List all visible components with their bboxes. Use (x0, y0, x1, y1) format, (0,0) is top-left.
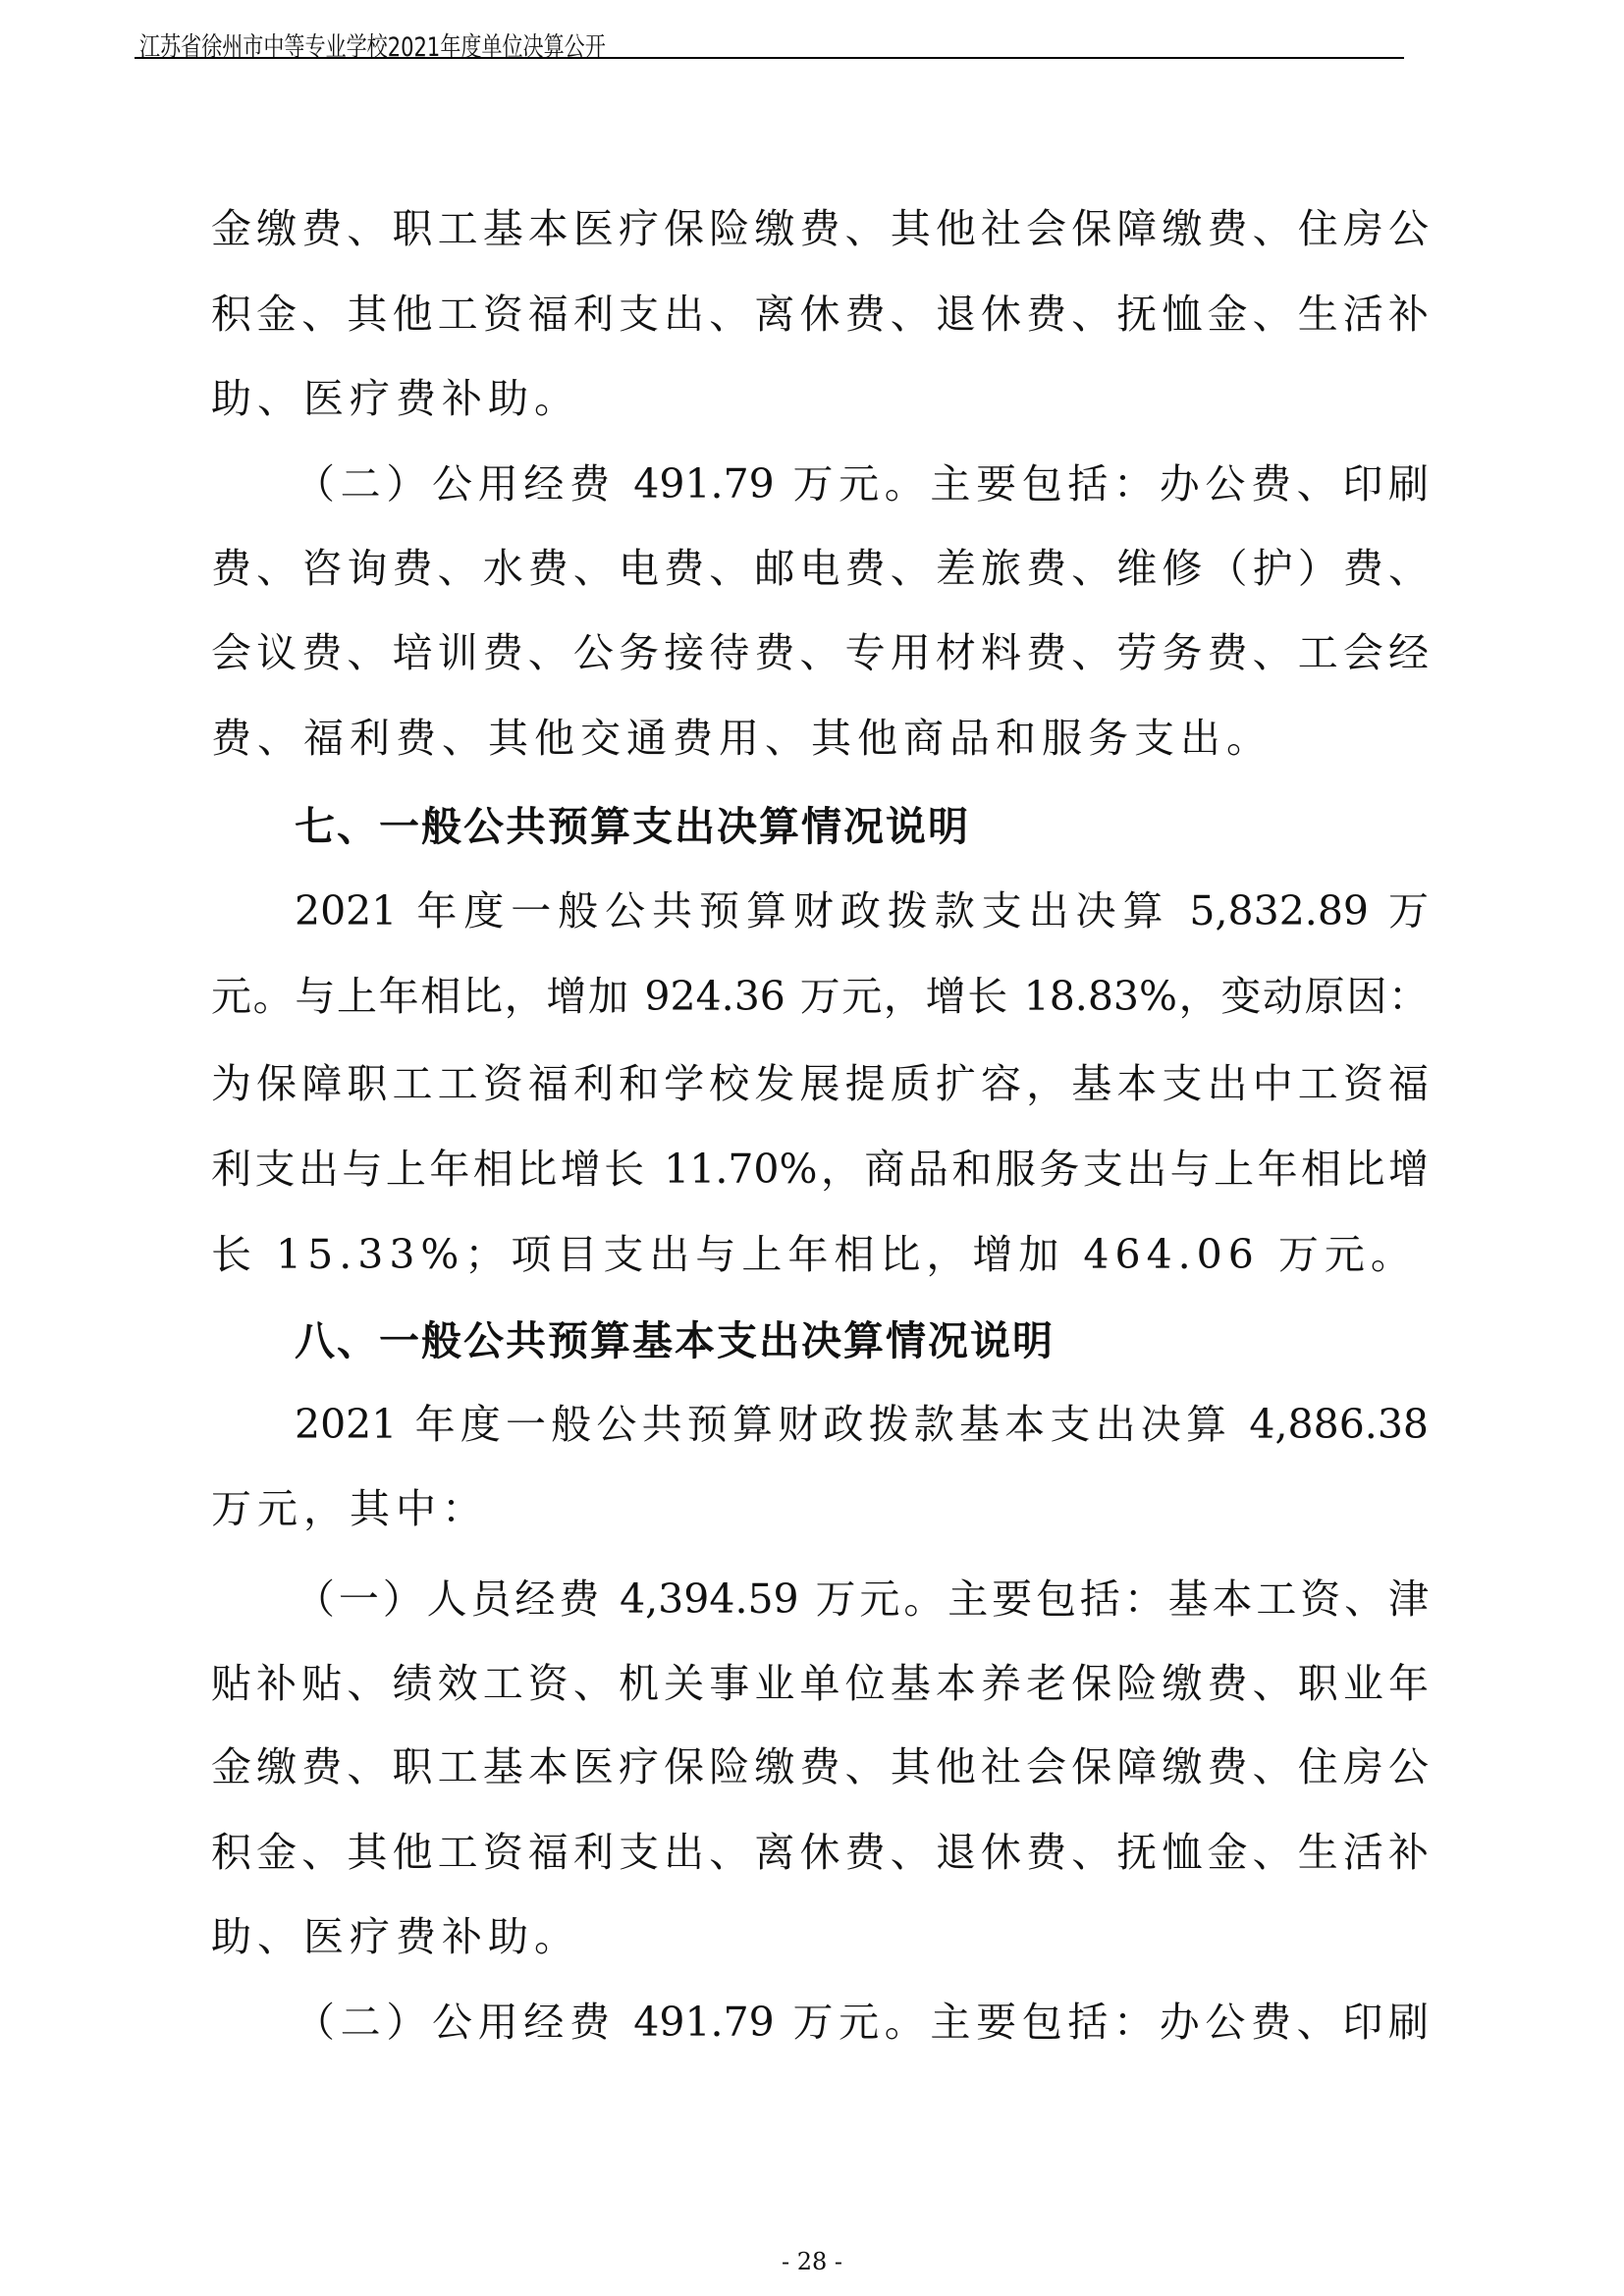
body-line: 2021 年度一般公共预算财政拨款支出决算 5,832.89 万 (295, 881, 1429, 940)
body-line: 费、福利费、其他交通费用、其他商品和服务支出。 (211, 709, 1429, 768)
body-line: 助、医疗费补助。 (211, 1907, 1429, 1966)
body-line: （一）人员经费 4,394.59 万元。主要包括：基本工资、津 (295, 1570, 1429, 1629)
body-line: （二）公用经费 491.79 万元。主要包括：办公费、印刷 (295, 454, 1429, 513)
header-divider (135, 57, 1404, 59)
body-line: 2021 年度一般公共预算财政拨款基本支出决算 4,886.38 (295, 1395, 1429, 1454)
body-line: 长 15.33%；项目支出与上年相比，增加 464.06 万元。 (211, 1225, 1429, 1284)
page-number: - 28 - (0, 2248, 1624, 2275)
body-line: 积金、其他工资福利支出、离休费、退休费、抚恤金、生活补 (211, 1823, 1429, 1882)
body-line: 积金、其他工资福利支出、离休费、退休费、抚恤金、生活补 (211, 285, 1429, 344)
body-line: 为保障职工工资福利和学校发展提质扩容，基本支出中工资福 (211, 1054, 1429, 1113)
body-line: 助、医疗费补助。 (211, 369, 1429, 428)
body-line: 贴补贴、绩效工资、机关事业单位基本养老保险缴费、职业年 (211, 1654, 1429, 1713)
body-line: 会议费、培训费、公务接待费、专用材料费、劳务费、工会经 (211, 623, 1429, 682)
body-line: 万元，其中： (211, 1479, 1429, 1538)
section-heading-8: 八、一般公共预算基本支出决算情况说明 (295, 1311, 1429, 1370)
body-line: 元。与上年相比，增加 924.36 万元，增长 18.83%，变动原因： (211, 967, 1429, 1026)
body-line: （二）公用经费 491.79 万元。主要包括：办公费、印刷 (295, 1993, 1429, 2052)
body-line: 费、咨询费、水费、电费、邮电费、差旅费、维修（护）费、 (211, 539, 1429, 598)
body-line: 利支出与上年相比增长 11.70%，商品和服务支出与上年相比增 (211, 1140, 1429, 1199)
body-line: 金缴费、职工基本医疗保险缴费、其他社会保障缴费、住房公 (211, 1737, 1429, 1796)
section-heading-7: 七、一般公共预算支出决算情况说明 (295, 797, 1429, 856)
body-line: 金缴费、职工基本医疗保险缴费、其他社会保障缴费、住房公 (211, 199, 1429, 258)
